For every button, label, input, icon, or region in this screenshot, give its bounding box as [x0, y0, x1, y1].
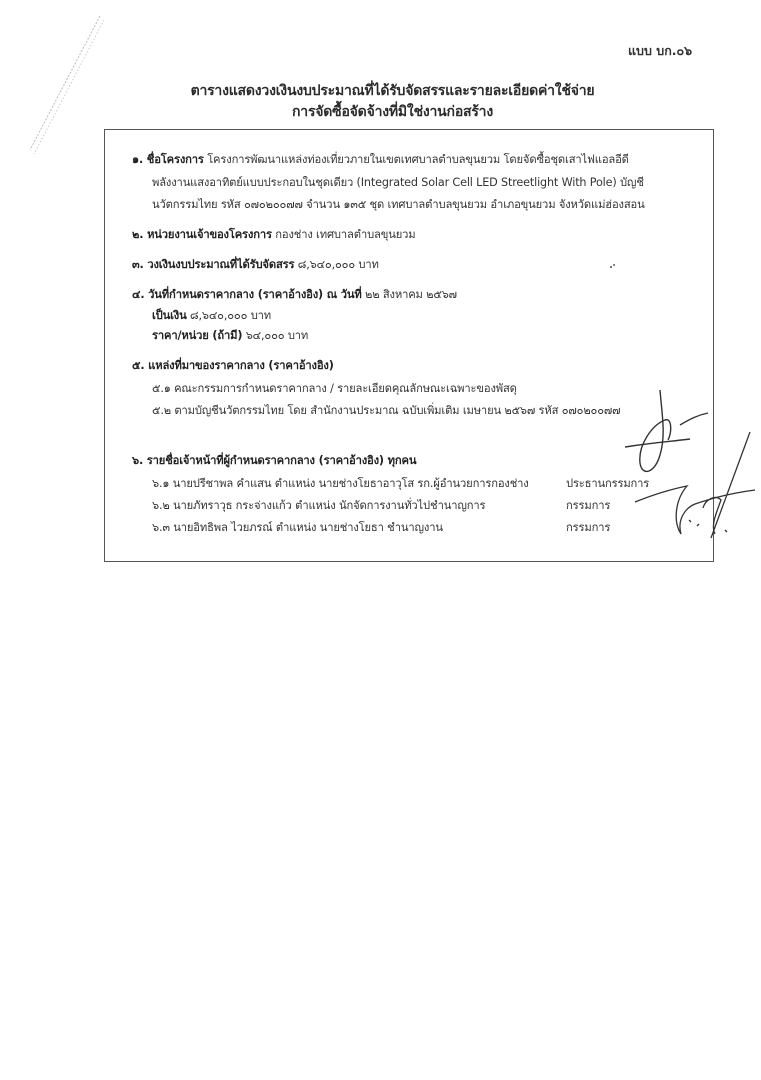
- project-name-line1: โครงการพัฒนาแหล่งท่องเที่ยวภายในเขตเทศบา…: [207, 153, 629, 166]
- reference-amount: เป็นเงิน ๘,๖๔๐,๐๐๐ บาท: [152, 306, 271, 324]
- section-label: ๖. รายชื่อเจ้าหน้าที่ผู้กำหนดราคากลาง (ร…: [132, 454, 416, 467]
- signature-committee: [615, 430, 761, 545]
- section-label: ๔. วันที่กำหนดราคากลาง (ราคาอ้างอิง) ณ ว…: [132, 288, 362, 301]
- committee-role: กรรมการ: [566, 518, 610, 536]
- amount-value: ๘,๖๔๐,๐๐๐ บาท: [190, 309, 271, 322]
- committee-role: กรรมการ: [566, 496, 610, 514]
- price-source-item: ๕.๑ คณะกรรมการกำหนดราคากลาง / รายละเอียด…: [152, 379, 517, 397]
- committee-member: ๖.๓ นายอิทธิพล ไวยภรณ์ ตำแหน่ง นายช่างโย…: [152, 518, 443, 536]
- document-title: ตารางแสดงวงเงินงบประมาณที่ได้รับจัดสรรแล…: [12, 80, 761, 102]
- section-committee: ๖. รายชื่อเจ้าหน้าที่ผู้กำหนดราคากลาง (ร…: [132, 451, 416, 469]
- unit-price-value: ๖๔,๐๐๐ บาท: [246, 329, 308, 342]
- section-project-name: ๑. ชื่อโครงการ โครงการพัฒนาแหล่งท่องเที่…: [132, 150, 629, 168]
- unit-price-label: ราคา/หน่วย (ถ้ามี): [152, 329, 242, 342]
- section-budget: ๓. วงเงินงบประมาณที่ได้รับจัดสรร ๘,๖๔๐,๐…: [132, 255, 379, 273]
- price-source-item: ๕.๒ ตามบัญชีนวัตกรรมไทย โดย สำนักงานประม…: [152, 401, 620, 419]
- scan-speck: [608, 262, 618, 272]
- section-label: ๑. ชื่อโครงการ: [132, 153, 204, 166]
- project-name-line3: นวัตกรรมไทย รหัส ๐๗๐๒๐๐๗๗ จำนวน ๑๓๕ ชุด …: [152, 195, 645, 213]
- section-label: ๓. วงเงินงบประมาณที่ได้รับจัดสรร: [132, 258, 294, 271]
- unit-price: ราคา/หน่วย (ถ้ามี) ๖๔,๐๐๐ บาท: [152, 326, 308, 344]
- document-subtitle: การจัดซื้อจัดจ้างที่มิใช่งานก่อสร้าง: [12, 101, 761, 123]
- project-name-line2: พลังงานแสงอาทิตย์แบบประกอบในชุดเดียว (In…: [152, 173, 644, 191]
- budget-value: ๘,๖๔๐,๐๐๐ บาท: [298, 258, 379, 271]
- section-label: ๕. แหล่งที่มาของราคากลาง (ราคาอ้างอิง): [132, 359, 334, 372]
- committee-member: ๖.๑ นายปรีชาพล คำแสน ตำแหน่ง นายช่างโยธา…: [152, 474, 529, 492]
- committee-member: ๖.๒ นายภัทราวุธ กระจ่างแก้ว ตำแหน่ง นักจ…: [152, 496, 485, 514]
- section-owner-agency: ๒. หน่วยงานเจ้าของโครงการ กองช่าง เทศบาล…: [132, 225, 416, 243]
- owner-agency-value: กองช่าง เทศบาลตำบลขุนยวม: [275, 228, 415, 241]
- form-code: แบบ บก.๐๖: [628, 41, 692, 61]
- section-label: ๒. หน่วยงานเจ้าของโครงการ: [132, 228, 272, 241]
- section-price-source: ๕. แหล่งที่มาของราคากลาง (ราคาอ้างอิง): [132, 356, 334, 374]
- section-reference-price-date: ๔. วันที่กำหนดราคากลาง (ราคาอ้างอิง) ณ ว…: [132, 285, 457, 303]
- reference-date-value: ๒๒ สิงหาคม ๒๕๖๗: [365, 288, 457, 301]
- amount-label: เป็นเงิน: [152, 309, 187, 322]
